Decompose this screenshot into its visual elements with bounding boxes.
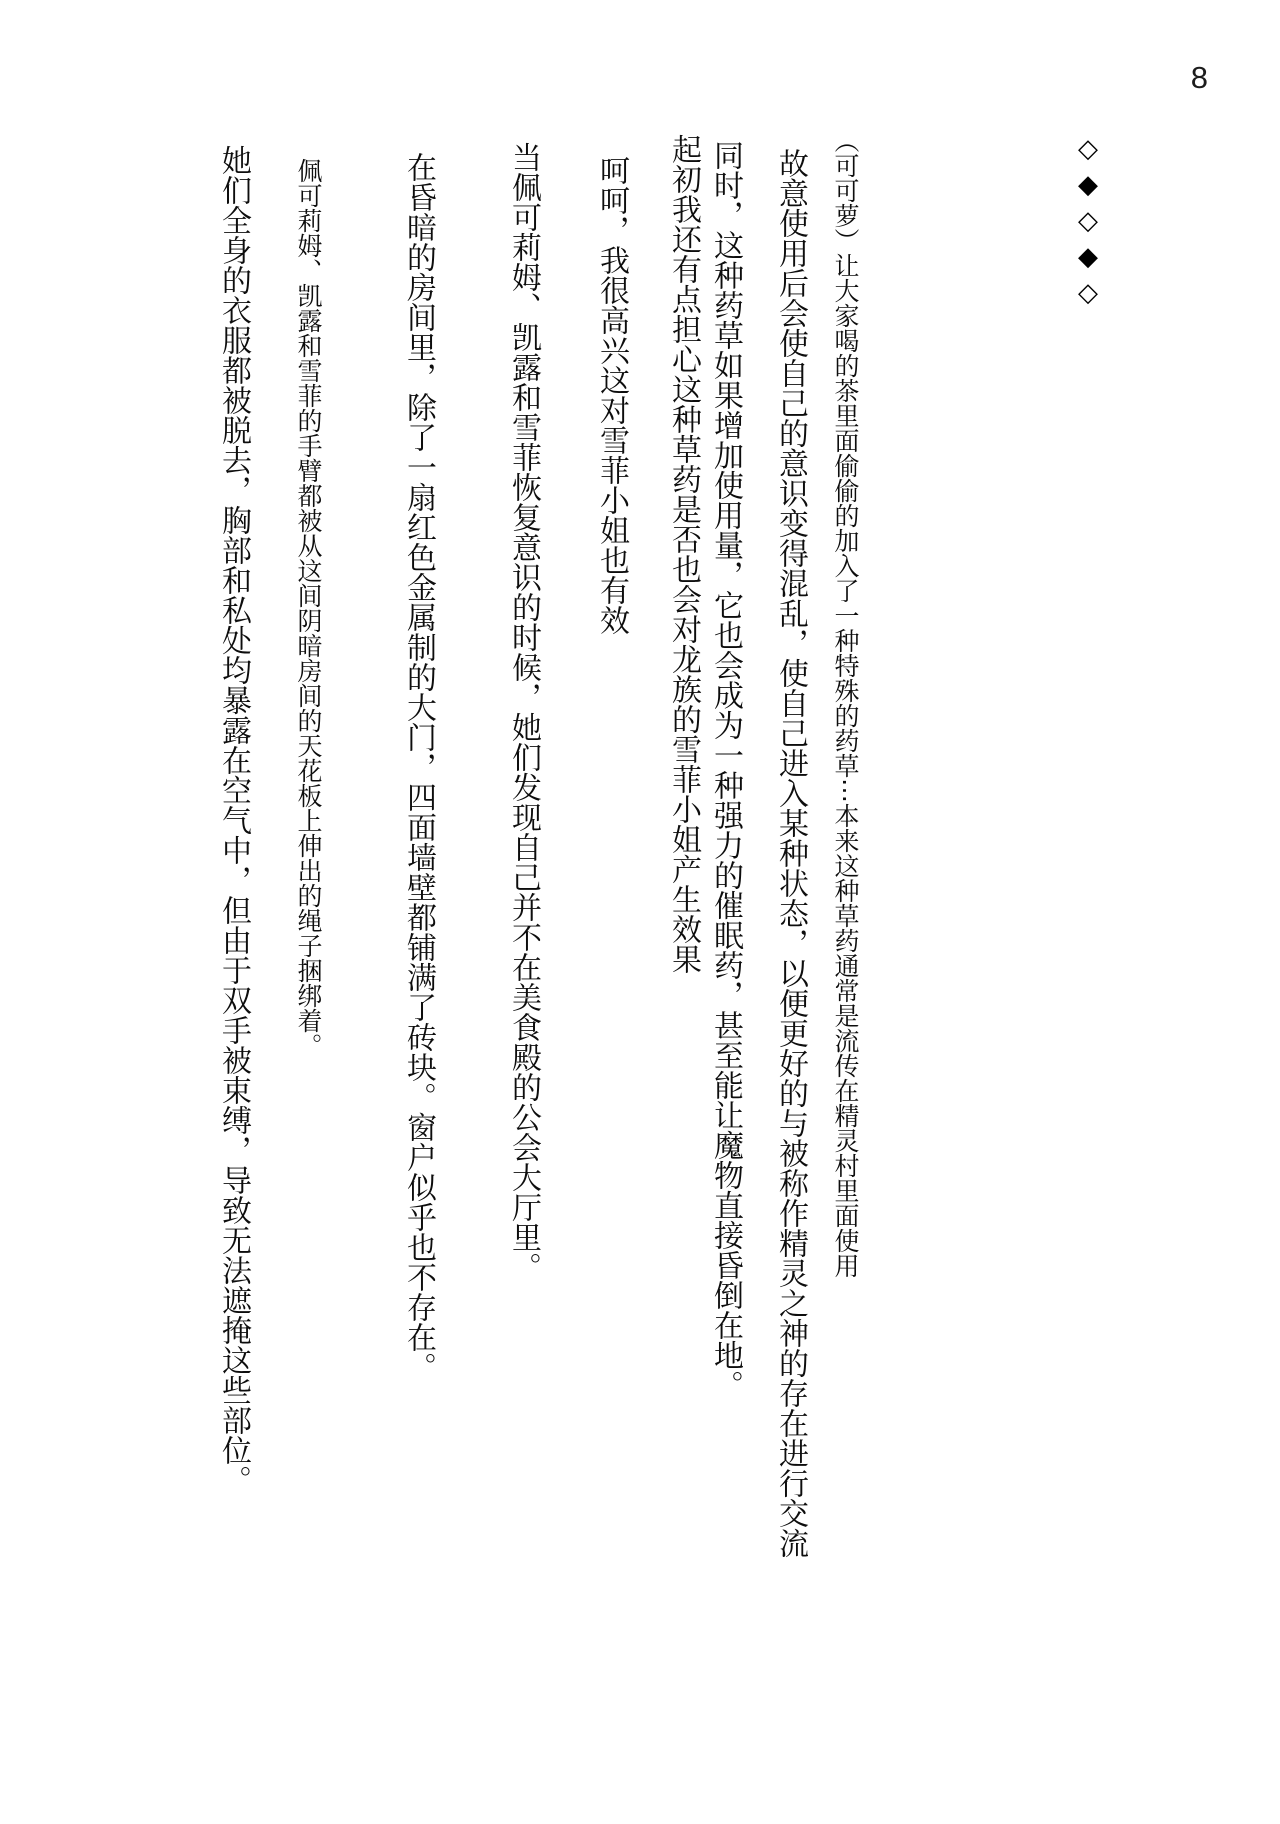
paragraph-bound-arms: 佩可莉姆、凯露和雪菲的手臂都被从这间阴暗房间的天花板上伸出的绳子捆绑着。	[295, 158, 320, 1808]
paragraph-waking-up: 当佩可莉姆、凯露和雪菲恢复意识的时候，她们发现自己并不在美食殿的公会大厅里。	[508, 142, 538, 1792]
page-number: 8	[1191, 60, 1208, 96]
paragraph-clothes-removed: 她们全身的衣服都被脱去，胸部和私处均暴露在空气中，但由于双手被束缚，导致无法遮掩…	[218, 145, 248, 1795]
paragraph-herb-dosage: 同时，这种药草如果增加使用量，它也会成为一种强力的催眠药，甚至能让魔物直接昏倒在…	[710, 140, 740, 1790]
document-page: 8 ◇◆◇◆◇ （可可萝）让大家喝的茶里面偷偷的加入了一种特殊的药草⋯本来这种草…	[0, 0, 1280, 1824]
paragraph-herb-worry: 起初我还有点担心这种草药是否也会对龙族的雪菲小姐产生效果	[668, 134, 698, 1784]
paragraph-kokkoro-dialogue-intro: （可可萝）让大家喝的茶里面偷偷的加入了一种特殊的药草⋯本来这种草药通常是流传在精…	[832, 128, 857, 1778]
paragraph-herb-purpose: 故意使用后会使自己的意识变得混乱，使自己进入某种状态，以便更好的与被称作精灵之神…	[775, 148, 805, 1798]
paragraph-room-description: 在昏暗的房间里，除了一扇红色金属制的大门，四面墙壁都铺满了砖块。窗户似乎也不存在…	[403, 152, 433, 1802]
paragraph-herb-relief: 呵呵，我很高兴这对雪菲小姐也有效	[596, 155, 626, 1805]
diamond-separator: ◇◆◇◆◇	[1076, 134, 1102, 314]
